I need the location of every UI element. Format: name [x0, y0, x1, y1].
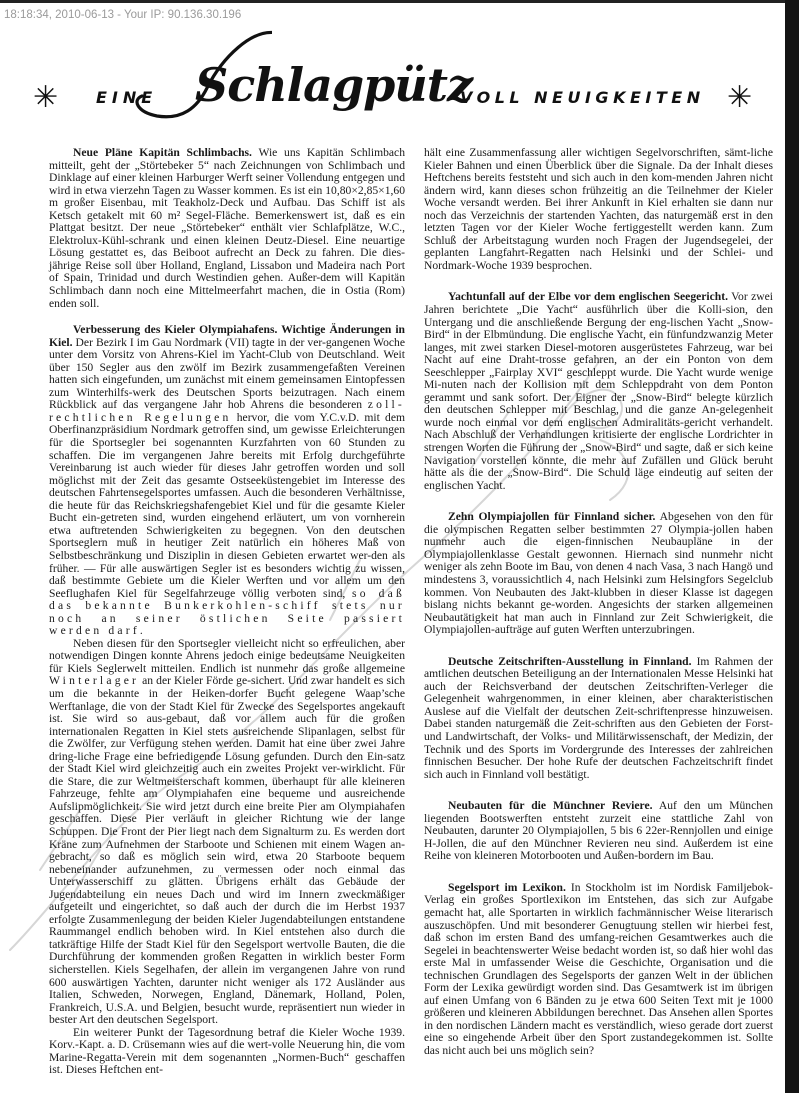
article-heading: Segelsport im Lexikon.: [448, 881, 566, 894]
right-column: hält eine Zusammenfassung aller wichtige…: [424, 147, 773, 1058]
article-body: hält eine Zusammenfassung aller wichtige…: [424, 146, 773, 272]
article-heading: Neubauten für die Münchner Reviere.: [448, 799, 653, 812]
article-body: Neben diesen für den Sportsegler viellei…: [49, 637, 405, 675]
masthead-script-title: Schlagpütz: [195, 58, 472, 112]
scan-right-edge: [785, 0, 799, 1093]
article-muenchner-reviere: Neubauten für die Münchner Reviere. Auf …: [424, 800, 773, 863]
article-body: Vor zwei Jahren berichtete „Die Yacht“ a…: [424, 290, 773, 491]
article-continuation: hält eine Zusammenfassung aller wichtige…: [424, 147, 773, 272]
article-body: Wie uns Kapitän Schlimbach mitteilt, geh…: [49, 146, 405, 310]
article-heading: Deutsche Zeitschriften-Ausstellung in Fi…: [448, 655, 692, 668]
left-column: Neue Pläne Kapitän Schlimbachs. Wie uns …: [49, 147, 405, 1077]
article-olympiajollen-finnland: Zehn Olympiajollen für Finnland sicher. …: [424, 511, 773, 636]
masthead-suffix: VOLL NEUIGKEITEN: [460, 88, 705, 107]
masthead: ✳ EINE Schlagpütz VOLL NEUIGKEITEN ✳: [0, 28, 785, 128]
article-yachtunfall: Yachtunfall auf der Elbe vor dem englisc…: [424, 291, 773, 492]
article-body: Ein weiterer Punkt der Tagesordnung betr…: [49, 1026, 405, 1077]
article-heading: Neue Pläne Kapitän Schlimbachs.: [73, 146, 252, 159]
article-body: hervor, die vom Y.C.v.D. mit dem Oberfin…: [49, 411, 405, 600]
article-body: Der Bezirk I im Gau Nordmark (VII) tagte…: [49, 336, 405, 412]
article-segelsport-lexikon: Segelsport im Lexikon. In Stockholm ist …: [424, 882, 773, 1058]
article-zeitschriften-ausstellung: Deutsche Zeitschriften-Ausstellung in Fi…: [424, 656, 773, 781]
emphasis-spaced-text: Winterlager: [49, 674, 139, 687]
asterisk-ornament-icon: ✳: [33, 83, 58, 113]
article-heading: Yachtunfall auf der Elbe vor dem englisc…: [448, 290, 728, 303]
scan-top-edge: [0, 0, 799, 3]
asterisk-ornament-icon: ✳: [727, 83, 752, 113]
browser-timestamp-stamp: 18:18:34, 2010-06-13 - Your IP: 90.136.3…: [4, 9, 241, 21]
article-body: Abgesehen von den für die olympischen Re…: [424, 510, 773, 636]
article-body: an der Kieler Förde ge-sichert. Und zwar…: [49, 674, 405, 1026]
article-heading: Zehn Olympiajollen für Finnland sicher.: [448, 510, 655, 523]
article-schlimbach: Neue Pläne Kapitän Schlimbachs. Wie uns …: [49, 147, 405, 310]
article-body: Im Rahmen der amtlichen deutschen Beteil…: [424, 655, 773, 781]
article-kieler-olympiahafen: Verbesserung des Kieler Olympiahafens. W…: [49, 324, 405, 1077]
article-body: In Stockholm ist im Nordisk Familjebok-V…: [424, 881, 773, 1057]
